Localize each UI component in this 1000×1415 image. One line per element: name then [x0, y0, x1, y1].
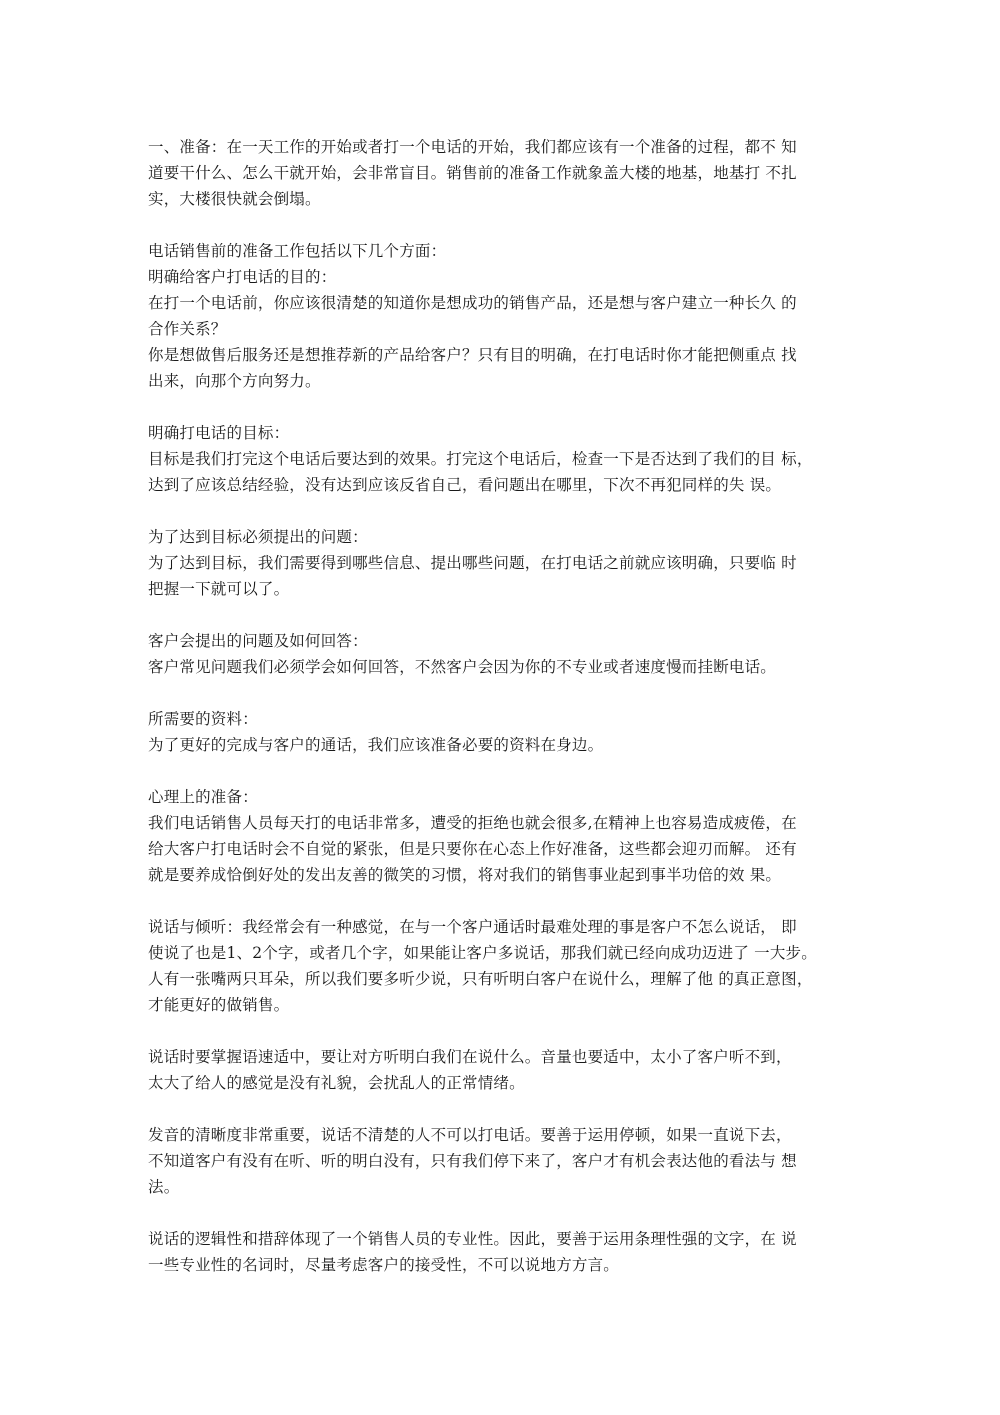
text-line: 发音的清晰度非常重要，说话不清楚的人不可以打电话。要善于运用停顿，如果一直说下去… — [148, 1122, 860, 1148]
text-line: 一、准备：在一天工作的开始或者打一个电话的开始，我们都应该有一个准备的过程，都不… — [148, 134, 860, 160]
paragraph-logic-wording: 说话的逻辑性和措辞体现了一个销售人员的专业性。因此，要善于运用条理性强的文字，在… — [148, 1226, 860, 1278]
paragraph-call-purpose: 电话销售前的准备工作包括以下几个方面： 明确给客户打电话的目的： 在打一个电话前… — [148, 238, 860, 394]
text-line: 说话的逻辑性和措辞体现了一个销售人员的专业性。因此，要善于运用条理性强的文字，在… — [148, 1226, 860, 1252]
text-line: 法。 — [148, 1174, 860, 1200]
text-line: 出来，向那个方向努力。 — [148, 368, 860, 394]
text-line: 在打一个电话前，你应该很清楚的知道你是想成功的销售产品，还是想与客户建立一种长久… — [148, 290, 860, 316]
text-line: 我们电话销售人员每天打的电话非常多，遭受的拒绝也就会很多,在精神上也容易造成疲倦… — [148, 810, 860, 836]
text-line: 太大了给人的感觉是没有礼貌，会扰乱人的正常情绪。 — [148, 1070, 860, 1096]
text-line: 实，大楼很快就会倒塌。 — [148, 186, 860, 212]
section-heading: 客户会提出的问题及如何回答： — [148, 628, 860, 654]
section-heading: 明确给客户打电话的目的： — [148, 264, 860, 290]
text-line: 才能更好的做销售。 — [148, 992, 860, 1018]
section-heading: 明确打电话的目标： — [148, 420, 860, 446]
section-heading: 为了达到目标必须提出的问题： — [148, 524, 860, 550]
text-line: 为了更好的完成与客户的通话，我们应该准备必要的资料在身边。 — [148, 732, 860, 758]
text-line: 说话时要掌握语速适中，要让对方听明白我们在说什么。音量也要适中，太小了客户听不到… — [148, 1044, 860, 1070]
text-line: 说话与倾听：我经常会有一种感觉，在与一个客户通话时最难处理的事是客户不怎么说话，… — [148, 914, 860, 940]
paragraph-materials: 所需要的资料： 为了更好的完成与客户的通话，我们应该准备必要的资料在身边。 — [148, 706, 860, 758]
paragraph-preparation-intro: 一、准备：在一天工作的开始或者打一个电话的开始，我们都应该有一个准备的过程，都不… — [148, 134, 860, 212]
text-line: 给大客户打电话时会不自觉的紧张，但是只要你在心态上作好准备，这些都会迎刃而解。 … — [148, 836, 860, 862]
text-line: 为了达到目标，我们需要得到哪些信息、提出哪些问题，在打电话之前就应该明确，只要临… — [148, 550, 860, 576]
paragraph-mental-preparation: 心理上的准备： 我们电话销售人员每天打的电话非常多，遭受的拒绝也就会很多,在精神… — [148, 784, 860, 888]
section-heading: 所需要的资料： — [148, 706, 860, 732]
text-line: 达到了应该总结经验，没有达到应该反省自己，看问题出在哪里，下次不再犯同样的失 误… — [148, 472, 860, 498]
text-line: 客户常见问题我们必须学会如何回答，不然客户会因为你的不专业或者速度慢而挂断电话。 — [148, 654, 860, 680]
paragraph-call-goal: 明确打电话的目标： 目标是我们打完这个电话后要达到的效果。打完这个电话后，检查一… — [148, 420, 860, 498]
text-line: 道要干什么、怎么干就开始，会非常盲目。销售前的准备工作就象盖大楼的地基，地基打 … — [148, 160, 860, 186]
text-line: 不知道客户有没有在听、听的明白没有，只有我们停下来了，客户才有机会表达他的看法与… — [148, 1148, 860, 1174]
text-line: 就是要养成恰倒好处的发出友善的微笑的习惯，将对我们的销售事业起到事半功倍的效 果… — [148, 862, 860, 888]
text-line: 电话销售前的准备工作包括以下几个方面： — [148, 238, 860, 264]
text-line: 合作关系？ — [148, 316, 860, 342]
text-line: 你是想做售后服务还是想推荐新的产品给客户？只有目的明确，在打电话时你才能把侧重点… — [148, 342, 860, 368]
section-heading: 心理上的准备： — [148, 784, 860, 810]
text-line: 目标是我们打完这个电话后要达到的效果。打完这个电话后，检查一下是否达到了我们的目… — [148, 446, 860, 472]
document-page: 一、准备：在一天工作的开始或者打一个电话的开始，我们都应该有一个准备的过程，都不… — [148, 134, 860, 1304]
paragraph-pronunciation: 发音的清晰度非常重要，说话不清楚的人不可以打电话。要善于运用停顿，如果一直说下去… — [148, 1122, 860, 1200]
text-line: 把握一下就可以了。 — [148, 576, 860, 602]
text-line: 使说了也是1、2个字，或者几个字，如果能让客户多说话，那我们就已经向成功迈进了 … — [148, 940, 860, 966]
text-line: 人有一张嘴两只耳朵，所以我们要多听少说，只有听明白客户在说什么，理解了他 的真正… — [148, 966, 860, 992]
paragraph-customer-questions: 客户会提出的问题及如何回答： 客户常见问题我们必须学会如何回答，不然客户会因为你… — [148, 628, 860, 680]
paragraph-speech-rate: 说话时要掌握语速适中，要让对方听明白我们在说什么。音量也要适中，太小了客户听不到… — [148, 1044, 860, 1096]
paragraph-questions-to-ask: 为了达到目标必须提出的问题： 为了达到目标，我们需要得到哪些信息、提出哪些问题，… — [148, 524, 860, 602]
text-line: 一些专业性的名词时，尽量考虑客户的接受性，不可以说地方方言。 — [148, 1252, 860, 1278]
paragraph-speaking-listening: 说话与倾听：我经常会有一种感觉，在与一个客户通话时最难处理的事是客户不怎么说话，… — [148, 914, 860, 1018]
